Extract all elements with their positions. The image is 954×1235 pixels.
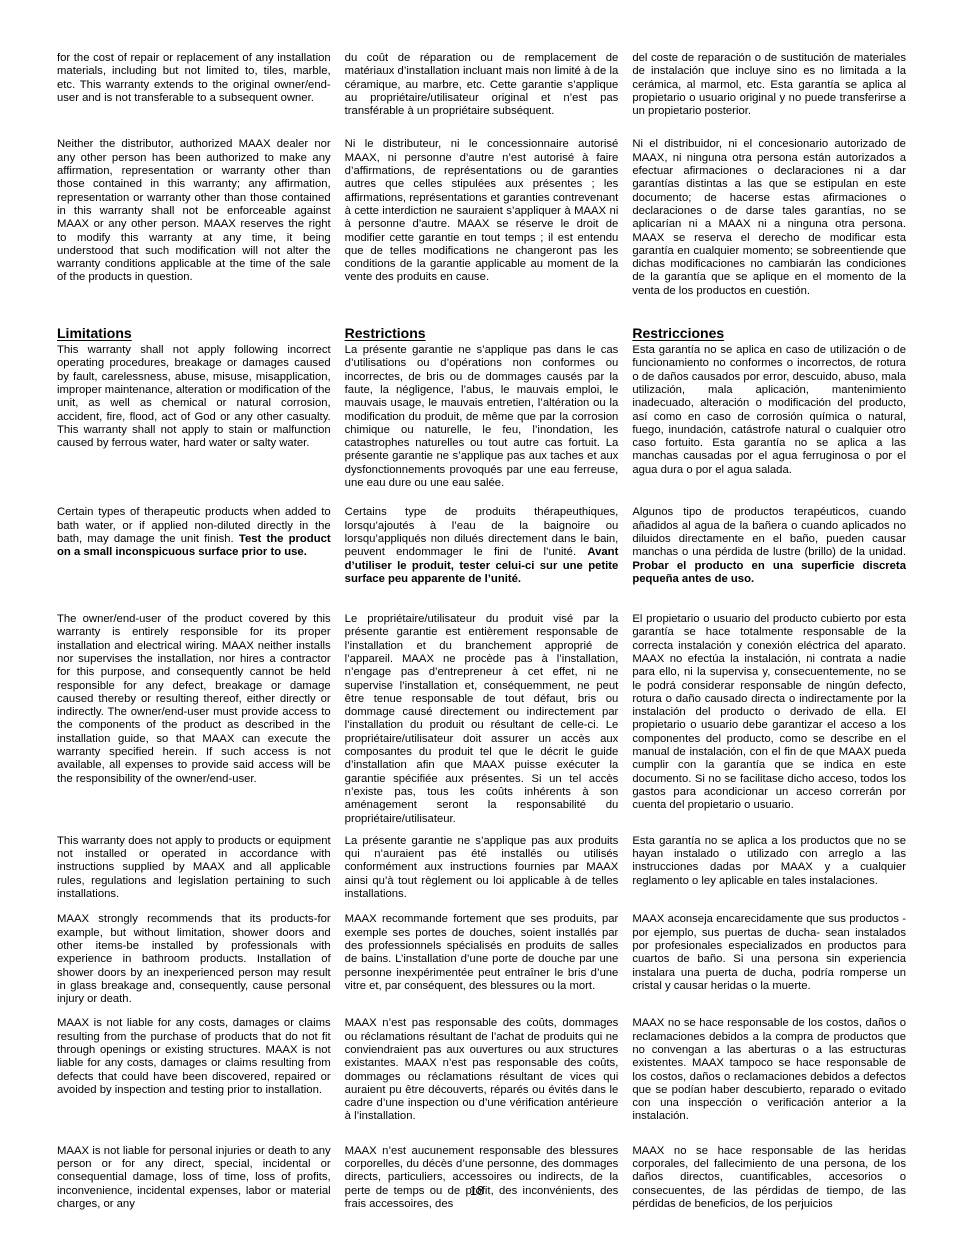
paragraph-row: Certain types of therapeutic products wh…: [57, 506, 906, 586]
section-en: Limitations This warranty shall not appl…: [57, 325, 331, 490]
paragraph-es: El propietario o usuario del producto cu…: [632, 613, 906, 826]
paragraph-fr: du coût de réparation ou de remplacement…: [345, 52, 619, 118]
paragraph-en: MAAX is not liable for any costs, damage…: [57, 1017, 331, 1123]
paragraph-fr: Le propriétaire/utilisateur du produit v…: [345, 613, 619, 826]
paragraph-fr: La présente garantie ne s’applique pas d…: [345, 344, 619, 490]
paragraph-bold-text: Probar el producto en una superficie dis…: [632, 560, 906, 585]
paragraph-en: for the cost of repair or replacement of…: [57, 52, 331, 118]
paragraph-row: Neither the distributor, authorized MAAX…: [57, 138, 906, 298]
paragraph-en: Neither the distributor, authorized MAAX…: [57, 138, 331, 298]
warranty-document-page: for the cost of repair or replacement of…: [0, 0, 954, 1235]
paragraph-fr: MAAX n’est pas responsable des coûts, do…: [345, 1017, 619, 1123]
paragraph-row: This warranty does not apply to products…: [57, 835, 906, 901]
paragraph-row: MAAX strongly recommends that its produc…: [57, 913, 906, 1006]
paragraph-en: MAAX strongly recommends that its produc…: [57, 913, 331, 1006]
section-fr: Restrictions La présente garantie ne s’a…: [345, 325, 619, 490]
paragraph-row: MAAX is not liable for any costs, damage…: [57, 1017, 906, 1123]
paragraph-es: Ni el distribuidor, ni el concesionario …: [632, 138, 906, 298]
paragraph-text: Algunos tipo de productos terapéuticos, …: [632, 506, 906, 558]
paragraph-en: Certain types of therapeutic products wh…: [57, 506, 331, 586]
section-es: Restricciones Esta garantía no se aplica…: [632, 325, 906, 490]
page-number: 18: [0, 1184, 954, 1199]
paragraph-es: MAAX no se hace responsable de las herid…: [632, 1145, 906, 1211]
section-heading-en: Limitations: [57, 325, 331, 342]
paragraph-row: The owner/end-user of the product covere…: [57, 613, 906, 826]
paragraph-en: This warranty shall not apply following …: [57, 344, 331, 450]
paragraph-fr: MAAX n’est aucunement responsable des bl…: [345, 1145, 619, 1211]
paragraph-fr: La présente garantie ne s’applique pas a…: [345, 835, 619, 901]
paragraph-fr: Certains type de produits thérapeuthique…: [345, 506, 619, 586]
section-heading-fr: Restrictions: [345, 325, 619, 342]
paragraph-text: Certains type de produits thérapeuthique…: [345, 506, 619, 558]
paragraph-es: Algunos tipo de productos terapéuticos, …: [632, 506, 906, 586]
paragraph-es: Esta garantía no se aplica a los product…: [632, 835, 906, 901]
paragraph-en: This warranty does not apply to products…: [57, 835, 331, 901]
paragraph-es: Esta garantía no se aplica en caso de ut…: [632, 344, 906, 477]
paragraph-fr: Ni le distributeur, ni le concessionnair…: [345, 138, 619, 298]
paragraph-fr: MAAX recommande fortement que ses produi…: [345, 913, 619, 1006]
section-heading-row: Limitations This warranty shall not appl…: [57, 325, 906, 490]
paragraph-es: MAAX aconseja encarecidamente que sus pr…: [632, 913, 906, 1006]
paragraph-es: del coste de reparación o de sustitución…: [632, 52, 906, 118]
section-heading-es: Restricciones: [632, 325, 906, 342]
paragraph-row: for the cost of repair or replacement of…: [57, 52, 906, 118]
paragraph-es: MAAX no se hace responsable de los costo…: [632, 1017, 906, 1123]
paragraph-en: MAAX is not liable for personal injuries…: [57, 1145, 331, 1211]
paragraph-en: The owner/end-user of the product covere…: [57, 613, 331, 826]
paragraph-row: MAAX is not liable for personal injuries…: [57, 1145, 906, 1211]
